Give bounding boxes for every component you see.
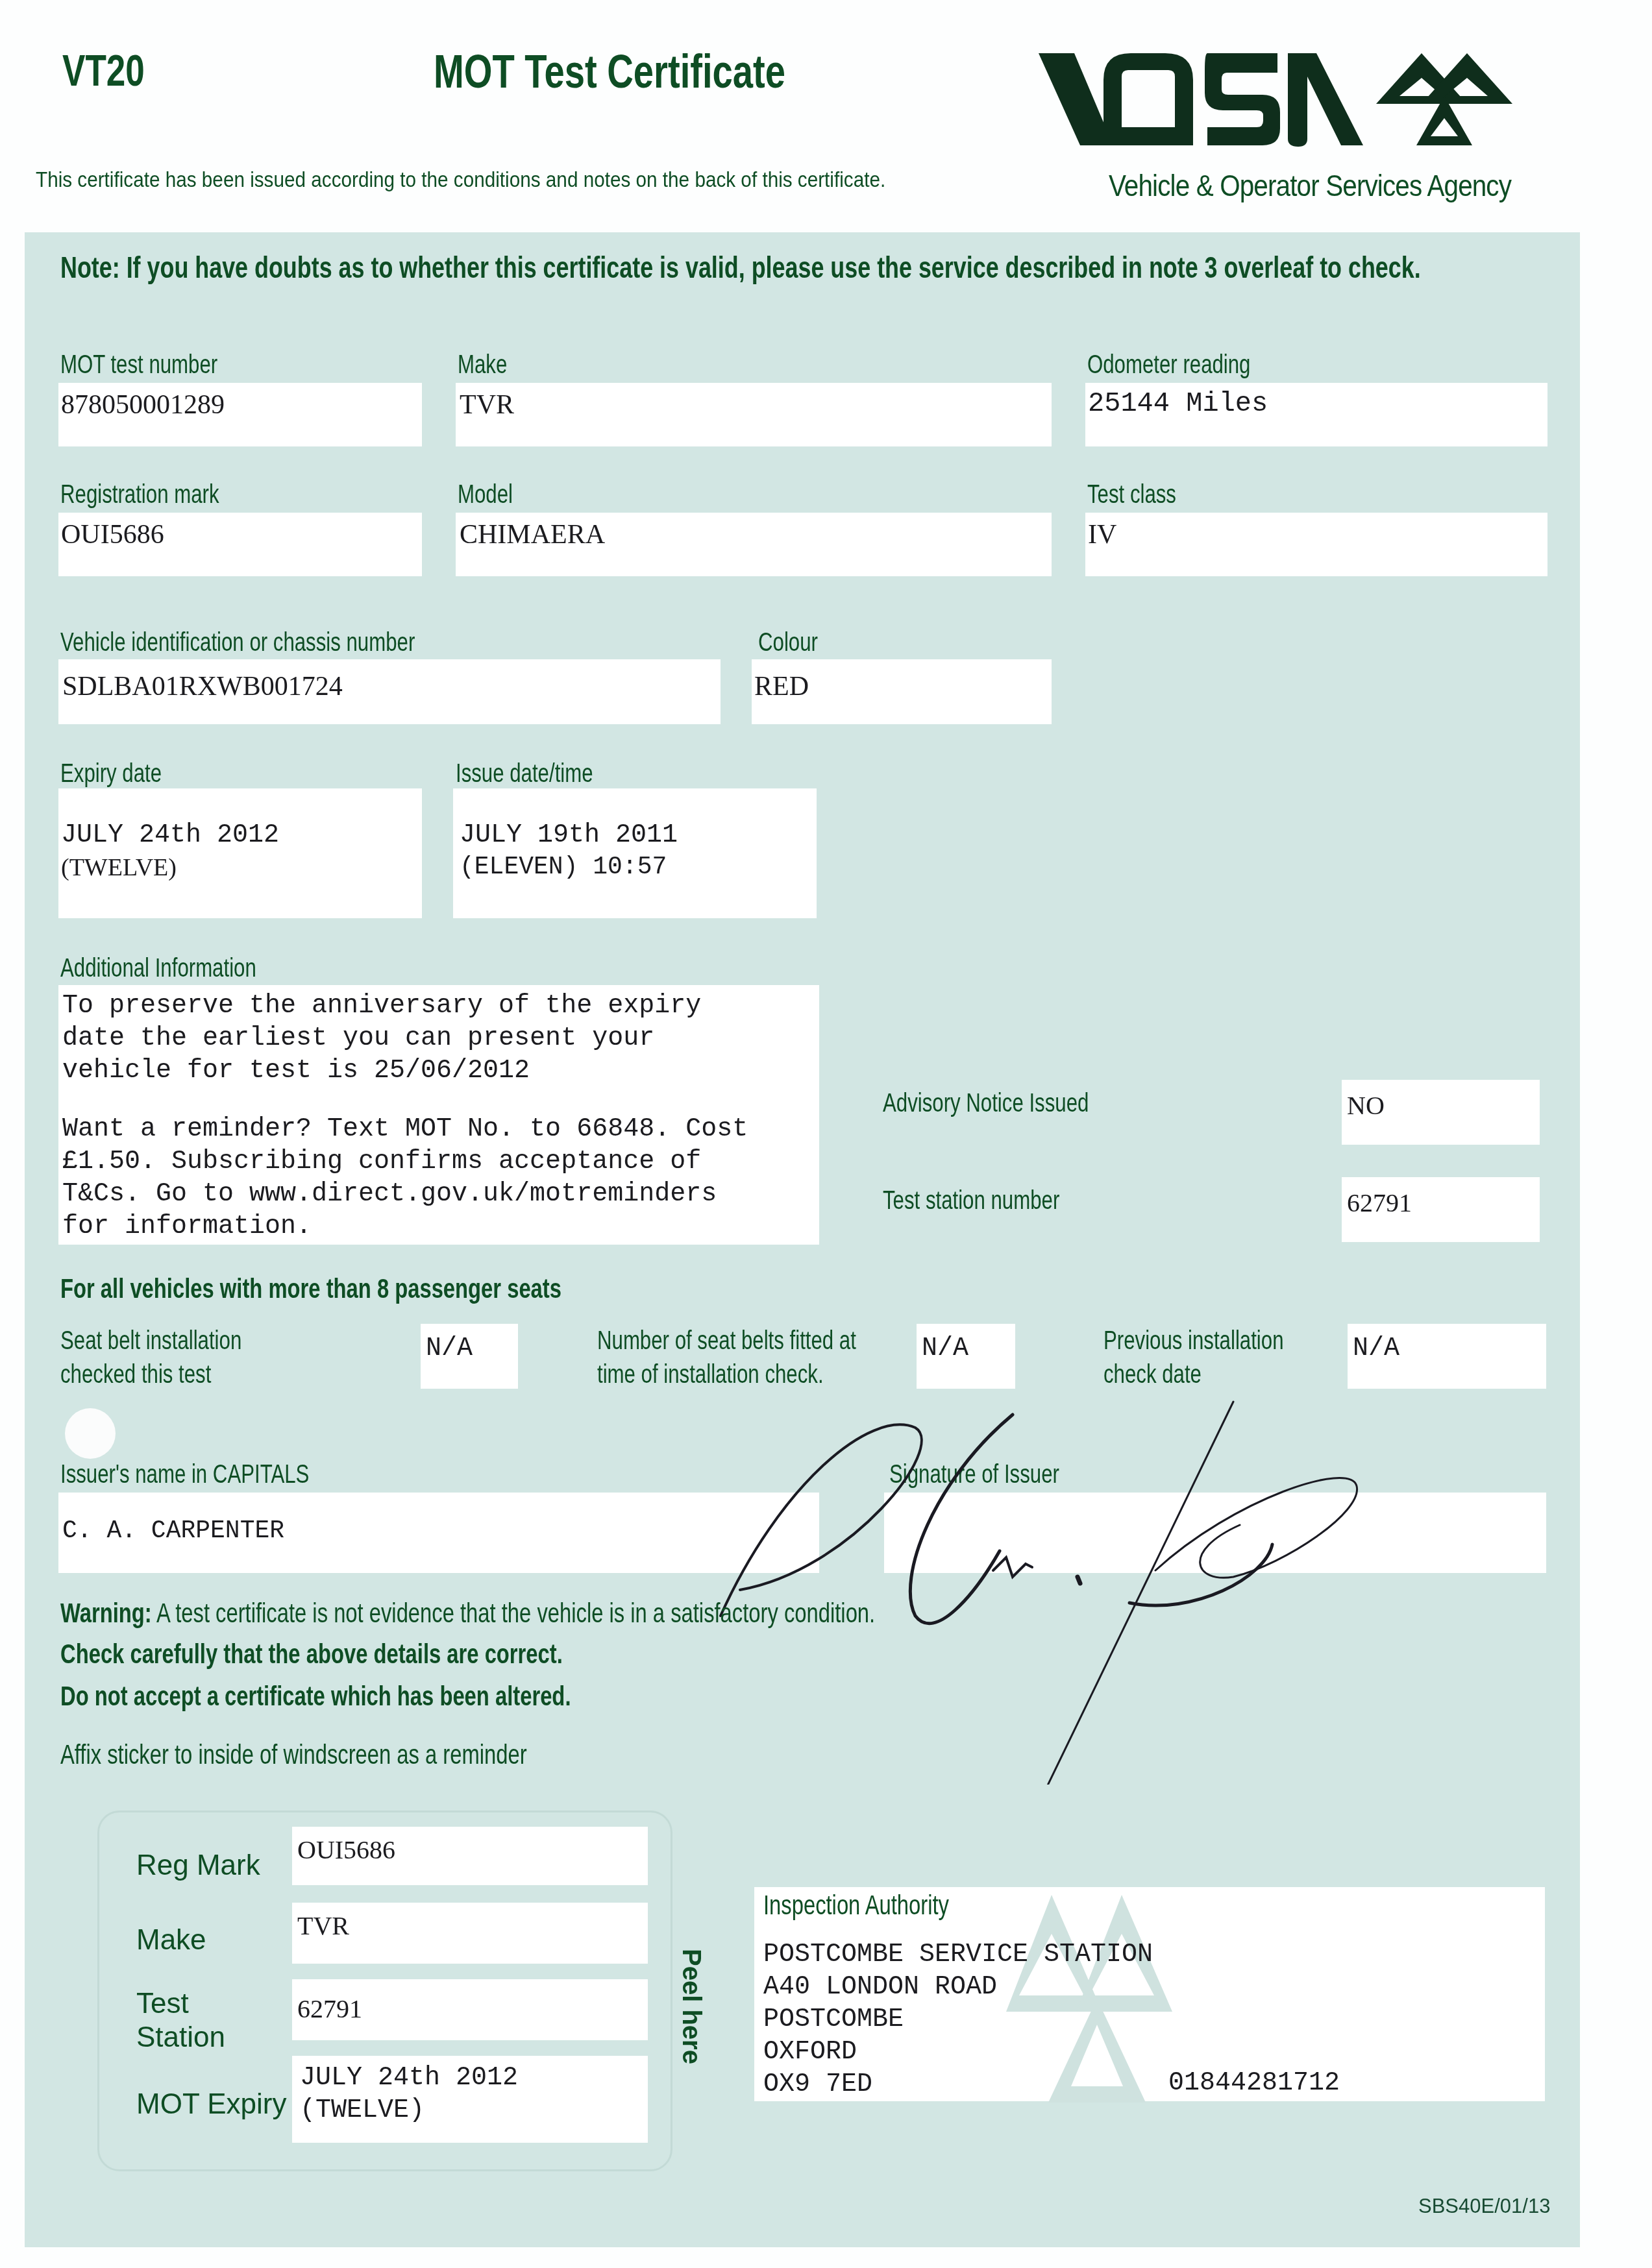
sticker-expiry-line1: JULY 24th 2012 [300,2064,518,2093]
odometer-field: 25144 Miles [1085,383,1547,446]
address-line: POSTCOMBE [763,2004,1153,2036]
additional-info-line: T&Cs. Go to www.direct.gov.uk/motreminde… [62,1178,748,1211]
mot-test-number-value: 878050001289 [61,389,225,421]
label-line: Number of seat belts fitted at [597,1324,856,1358]
additional-info-line: To preserve the anniversary of the expir… [62,990,748,1023]
additional-info-line: date the earliest you can present your [62,1023,748,1055]
check-details-warning: Check carefully that the above details a… [60,1639,563,1670]
signature-field [884,1493,1546,1573]
seat-belt-checked-value: N/A [426,1334,473,1363]
expiry-date-field: JULY 24th 2012 (TWELVE) [58,788,422,918]
label-line: check date [1103,1358,1283,1391]
seat-belts-fitted-value: N/A [922,1334,968,1363]
expiry-date-line1: JULY 24th 2012 [61,821,279,850]
issue-date-line1: JULY 19th 2011 [460,821,678,850]
passenger-heading: For all vehicles with more than 8 passen… [60,1273,561,1304]
affix-sticker-instruction: Affix sticker to inside of windscreen as… [60,1739,527,1770]
additional-info-line: £1.50. Subscribing confirms acceptance o… [62,1146,748,1178]
document-title: MOT Test Certificate [434,45,785,99]
test-class-label: Test class [1087,480,1176,509]
label-line: Seat belt installation [60,1324,241,1358]
sticker-station-label: Test Station [136,1987,225,2055]
sticker-station-field: 62791 [292,1979,648,2040]
advisory-value: NO [1347,1090,1385,1121]
additional-info-label: Additional Information [60,954,256,983]
additional-info-line [62,1088,748,1114]
issued-note: This certificate has been issued accordi… [36,167,885,192]
inspection-authority-phone: 01844281712 [1168,2069,1340,2098]
additional-info-line: Want a reminder? Text MOT No. to 66848. … [62,1114,748,1146]
sticker-make-field: TVR [292,1903,648,1964]
vin-value: SDLBA01RXWB001724 [62,671,343,702]
logo-letter-v [1039,53,1113,145]
sticker-reg-label: Reg Mark [136,1849,260,1882]
seat-belts-fitted-label: Number of seat belts fitted at time of i… [597,1324,856,1391]
test-class-value: IV [1088,519,1116,550]
seat-belts-fitted-field: N/A [917,1324,1015,1389]
model-value: CHIMAERA [460,519,605,550]
issuer-name-field: C. A. CARPENTER [58,1493,819,1573]
warning-body: A test certificate is not evidence that … [156,1598,875,1628]
additional-info-line: for information. [62,1211,748,1243]
sticker-reg-field: OUI5686 [292,1827,648,1885]
label-line: checked this test [60,1358,241,1391]
additional-info-text: To preserve the anniversary of the expir… [62,990,748,1243]
label-line: Station [136,2021,225,2055]
make-field: TVR [456,383,1052,446]
registration-field: OUI5686 [58,513,422,576]
label-line: time of installation check. [597,1358,856,1391]
address-line: OX9 7ED [763,2069,1153,2101]
test-station-field: 62791 [1342,1177,1540,1242]
sticker-make-value: TVR [297,1910,349,1941]
issuer-name-label: Issuer's name in CAPITALS [60,1460,309,1489]
signature-label: Signature of Issuer [889,1460,1059,1489]
colour-field: RED [752,659,1052,724]
address-line: POSTCOMBE SERVICE STATION [763,1939,1153,1971]
previous-check-value: N/A [1353,1334,1399,1363]
form-id: VT20 [62,45,145,96]
colour-label: Colour [758,628,818,657]
validity-note: Note: If you have doubts as to whether t… [60,250,1421,285]
previous-check-field: N/A [1348,1324,1546,1389]
vosa-logo [1039,51,1545,148]
sticker-expiry-label: MOT Expiry [136,2088,286,2121]
label-line: Test [136,1987,225,2021]
make-value: TVR [460,389,514,421]
peel-here-tab[interactable]: Peel here [676,1949,706,2064]
vin-label: Vehicle identification or chassis number [60,628,415,657]
warning-prefix: Warning: [60,1598,152,1628]
sticker-reg-value: OUI5686 [297,1835,395,1865]
altered-warning: Do not accept a certificate which has be… [60,1681,571,1712]
issue-date-line2: (ELEVEN) 10:57 [460,853,667,881]
additional-info-field: To preserve the anniversary of the expir… [58,985,819,1245]
seat-belt-checked-label: Seat belt installation checked this test [60,1324,241,1391]
issuer-name-value: C. A. CARPENTER [62,1517,284,1545]
agency-name: Vehicle & Operator Services Agency [1109,167,1511,203]
issue-date-label: Issue date/time [456,759,593,788]
odometer-value: 25144 Miles [1088,388,1268,419]
mot-test-number-field: 878050001289 [58,383,422,446]
expiry-date-line2: (TWELVE) [61,853,177,882]
advisory-field: NO [1342,1080,1540,1145]
registration-label: Registration mark [60,480,219,509]
sticker-expiry-line2: (TWELVE) [300,2096,425,2125]
sticker-expiry-field: JULY 24th 2012 (TWELVE) [292,2056,648,2143]
odometer-label: Odometer reading [1087,350,1250,380]
sticker-make-label: Make [136,1924,206,1957]
form-code: SBS40E/01/13 [1418,2195,1550,2218]
address-line: A40 LONDON ROAD [763,1971,1153,2004]
label-line: Previous installation [1103,1324,1283,1358]
expiry-date-label: Expiry date [60,759,162,788]
vin-field: SDLBA01RXWB001724 [58,659,721,724]
test-station-label: Test station number [883,1186,1059,1215]
mot-test-number-label: MOT test number [60,350,217,380]
additional-info-line: vehicle for test is 25/06/2012 [62,1055,748,1088]
inspection-authority-label: Inspection Authority [763,1890,949,1921]
make-label: Make [458,350,507,380]
warning-text: Warning: A test certificate is not evide… [60,1598,875,1629]
advisory-label: Advisory Notice Issued [883,1089,1089,1118]
model-field: CHIMAERA [456,513,1052,576]
mot-triple-triangle-icon [1376,53,1512,145]
inspection-authority-address: POSTCOMBE SERVICE STATIONA40 LONDON ROAD… [763,1939,1153,2101]
seat-belt-checked-field: N/A [421,1324,518,1389]
test-station-value: 62791 [1347,1188,1412,1218]
model-label: Model [458,480,513,509]
previous-check-label: Previous installation check date [1103,1324,1283,1391]
test-class-field: IV [1085,513,1547,576]
colour-value: RED [754,671,809,702]
sticker-station-value: 62791 [297,1994,362,2024]
address-line: OXFORD [763,2036,1153,2069]
registration-value: OUI5686 [61,519,164,550]
issue-date-field: JULY 19th 2011 (ELEVEN) 10:57 [453,788,817,918]
punch-hole [65,1408,116,1459]
